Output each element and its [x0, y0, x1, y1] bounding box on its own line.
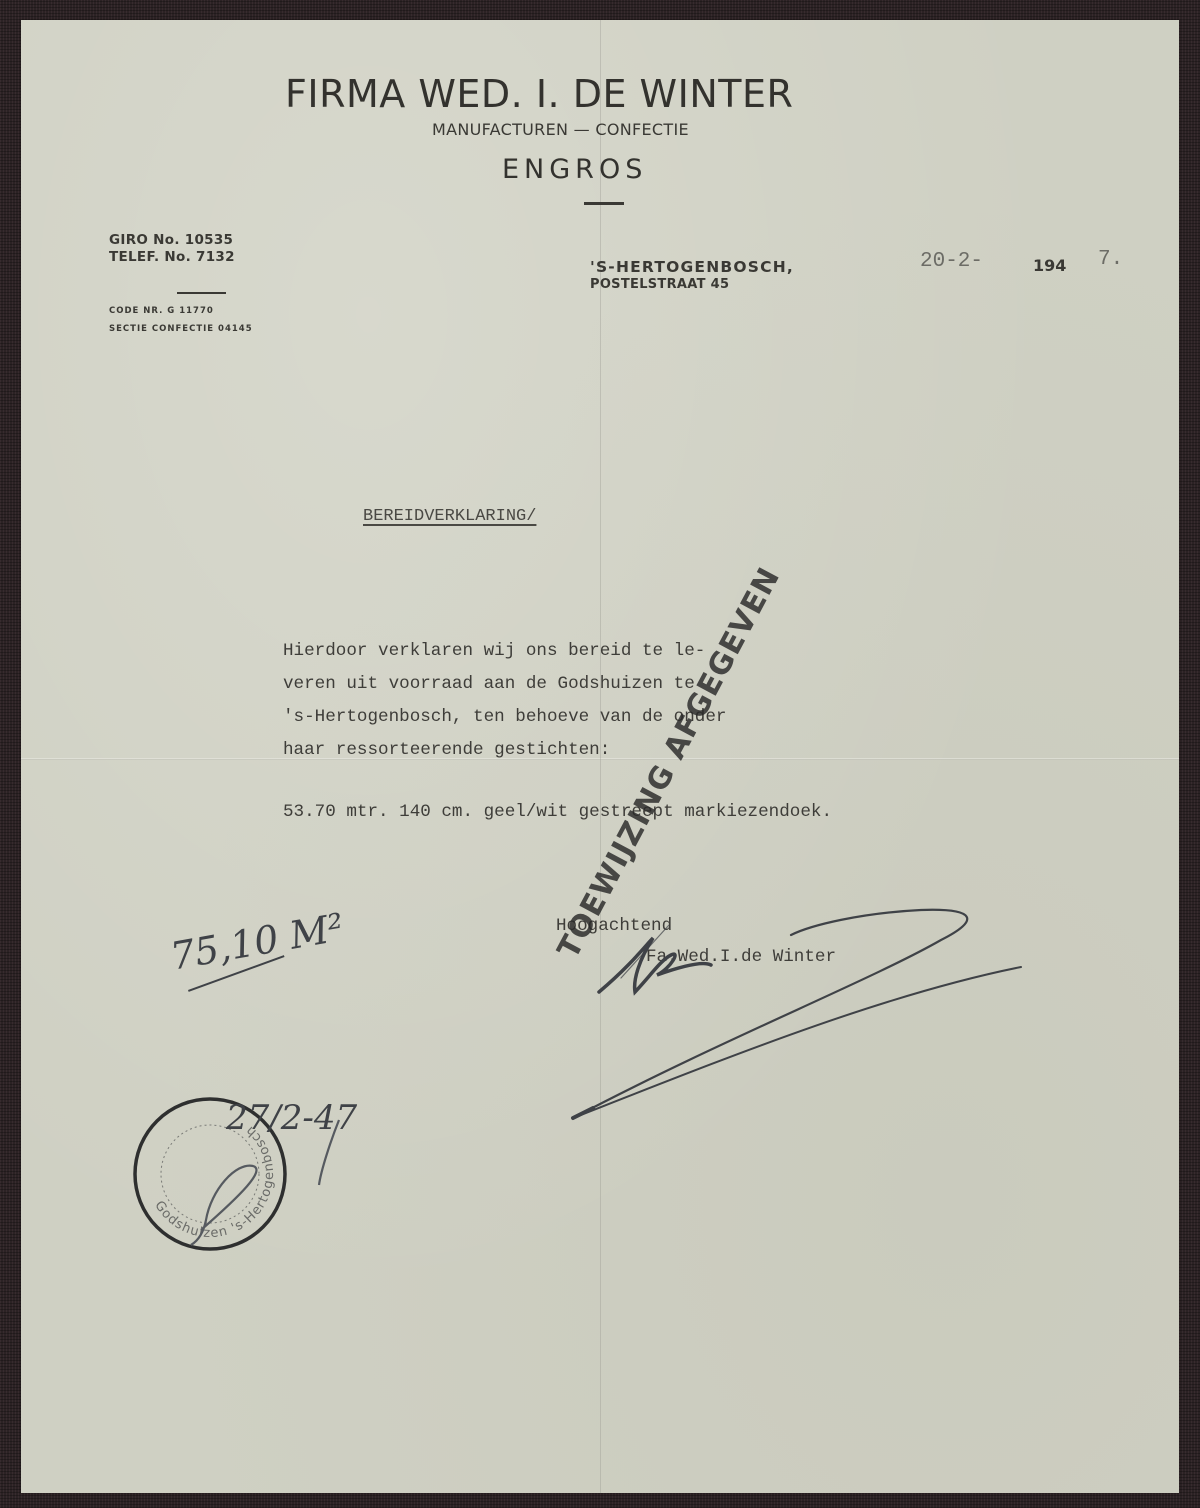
- svg-text:Godshuizen 's-Hertogenbosch: Godshuizen 's-Hertogenbosch: [151, 1122, 277, 1241]
- round-stamp-date: 27/2-47: [226, 1098, 357, 1138]
- letter-document: FIRMA WED. I. DE WINTER MANUFACTUREN — C…: [21, 20, 1179, 1493]
- ink-overlay: Godshuizen 's-Hertogenbosch: [21, 20, 1179, 1493]
- signature-icon: [573, 910, 1021, 1118]
